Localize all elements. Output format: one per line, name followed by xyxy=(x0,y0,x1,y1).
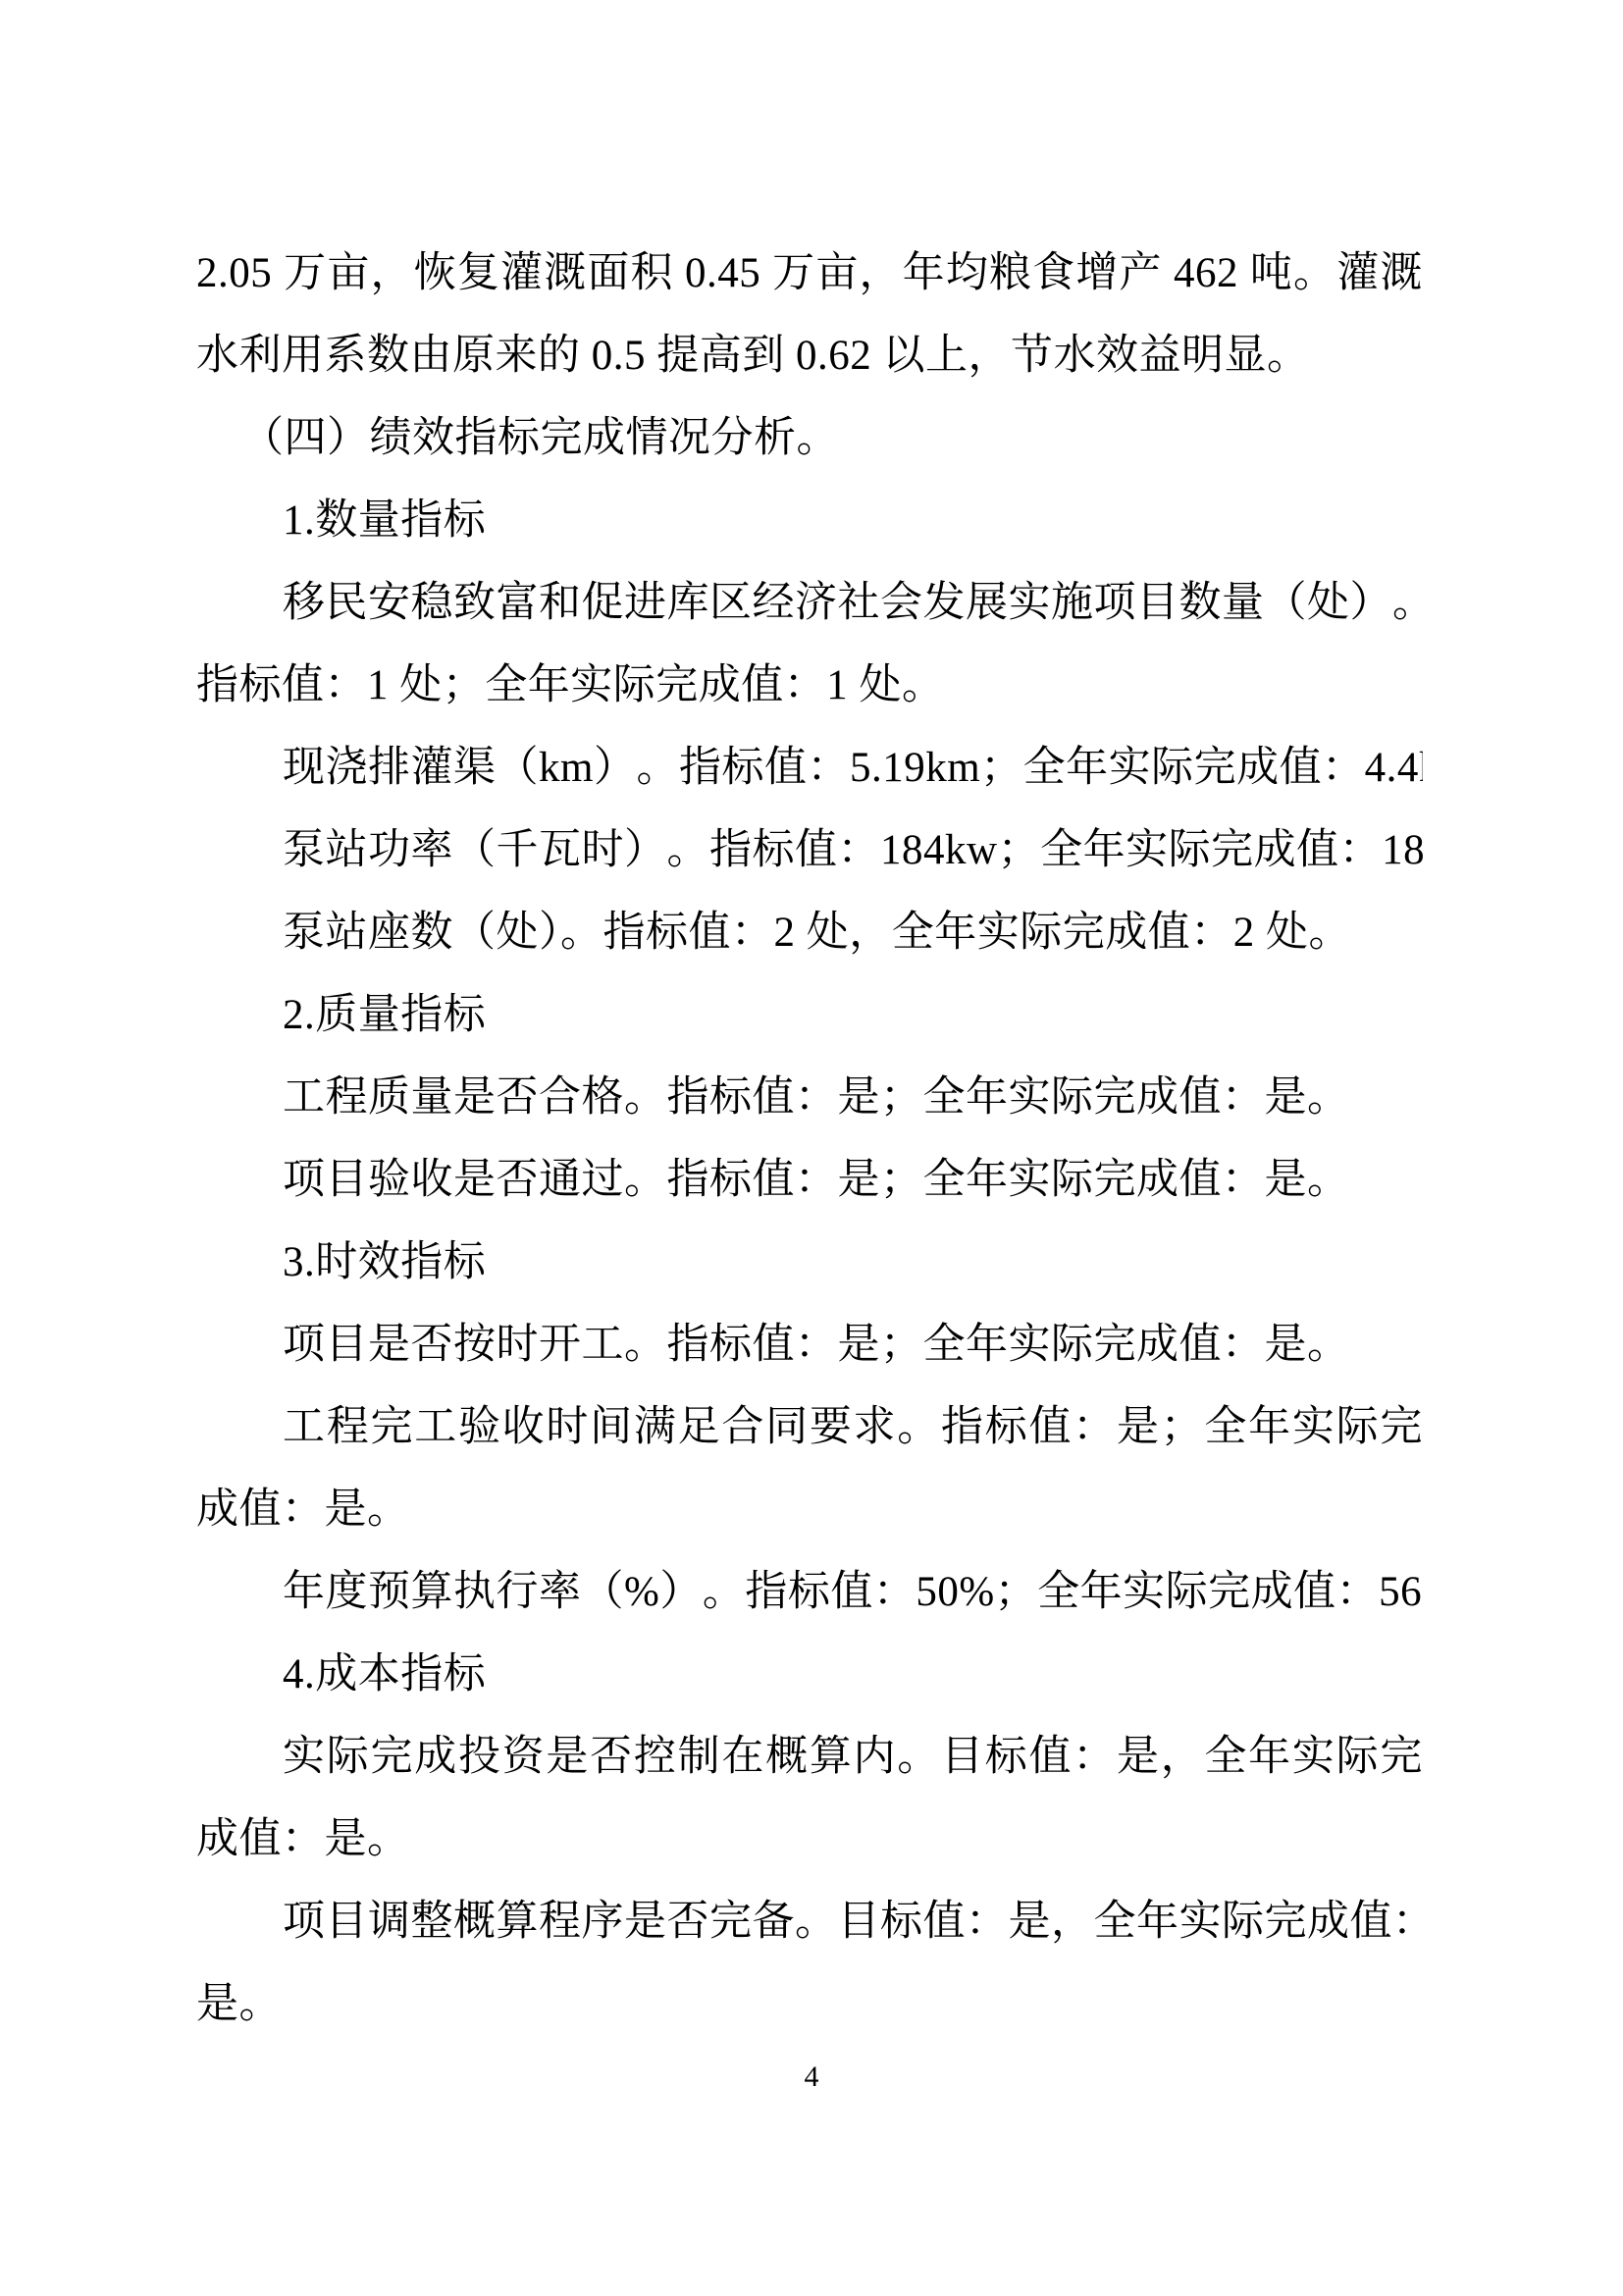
text-run: 面 xyxy=(587,233,630,315)
document-line: 泵站功率（千瓦时）。指标值：184kw；全年实际完成值：184kw。 xyxy=(196,809,1423,892)
text-run: 成 xyxy=(1251,1551,1294,1634)
document-line: 3.时效指标 xyxy=(196,1222,1423,1304)
text-run: 际 xyxy=(1336,1386,1380,1469)
text-run: ： xyxy=(1322,727,1365,809)
text-run: 率 xyxy=(539,1551,582,1634)
text-run: 完 xyxy=(1211,809,1254,892)
text-run: ： xyxy=(1073,1716,1116,1799)
text-run: 实 xyxy=(1123,1551,1166,1634)
text-run: 5.19km xyxy=(850,727,980,809)
text-run: ： xyxy=(838,809,881,892)
text-run: ： xyxy=(1392,1881,1423,1963)
document-line: 泵站座数（处）。指标值：2 处，全年实际完成值：2 处。 xyxy=(196,892,1423,974)
text-run: 成 xyxy=(1307,1881,1350,1963)
page-number: 4 xyxy=(0,2056,1623,2099)
document-line: 工程质量是否合格。指标值：是；全年实际完成值：是。 xyxy=(196,1057,1423,1139)
text-run: 项 xyxy=(283,1881,326,1963)
document-line: 是。 xyxy=(196,1963,1423,2046)
document-line: 年度预算执行率（%）。指标值：50%；全年实际完成值：56%。 xyxy=(196,1551,1423,1634)
document-line: 水利用系数由原来的 0.5 提高到 0.62 以上，节水效益明显。 xyxy=(196,315,1423,397)
text-run: 目 xyxy=(941,1716,984,1799)
text-run: 标 xyxy=(721,727,764,809)
text-run: ； xyxy=(1161,1386,1204,1469)
text-run: 资 xyxy=(502,1716,546,1799)
document-line: 项目验收是否通过。指标值：是；全年实际完成值：是。 xyxy=(196,1139,1423,1222)
text-run: ： xyxy=(1336,1551,1380,1634)
text-run: 际 xyxy=(1166,1551,1209,1634)
text-run: 是 xyxy=(1009,1881,1052,1963)
text-run: 食 xyxy=(1032,233,1075,315)
text-run: 际 xyxy=(1151,727,1194,809)
text-run: 区 xyxy=(709,562,753,645)
text-run: 灌 xyxy=(1336,233,1380,315)
text-run: （ xyxy=(453,809,497,892)
text-run: 完 xyxy=(1194,727,1237,809)
text-run: 积 xyxy=(631,233,674,315)
text-run: 际 xyxy=(327,1716,370,1799)
text-run: 值 xyxy=(1296,809,1339,892)
text-run: ： xyxy=(807,727,850,809)
text-run: 。 xyxy=(636,727,679,809)
text-run: 指 xyxy=(709,809,753,892)
text-run: 调 xyxy=(368,1881,411,1963)
text-run: ） xyxy=(659,1551,703,1634)
document-line: 成值：是。 xyxy=(196,1469,1423,1551)
text-run: 济 xyxy=(795,562,838,645)
text-run: 实 xyxy=(1292,1386,1335,1469)
text-run: ； xyxy=(998,809,1041,892)
text-run: 否 xyxy=(590,1716,633,1799)
text-run: 。 xyxy=(703,1551,746,1634)
document-line: 4.成本指标 xyxy=(196,1634,1423,1716)
text-run: 50% xyxy=(916,1551,994,1634)
text-run: ） xyxy=(594,727,637,809)
text-run: ， xyxy=(1051,1881,1094,1963)
text-run: 际 xyxy=(1336,1716,1380,1799)
text-run: 成 xyxy=(414,1716,457,1799)
document-line: 项目是否按时开工。指标值：是；全年实际完成值：是。 xyxy=(196,1304,1423,1386)
text-run: 同 xyxy=(765,1386,809,1469)
text-run: 发 xyxy=(923,562,967,645)
text-run: ： xyxy=(966,1881,1009,1963)
text-run: 目 xyxy=(1136,562,1179,645)
text-run: 462 xyxy=(1163,233,1250,315)
text-run: 备 xyxy=(753,1881,796,1963)
text-run: 算 xyxy=(810,1716,853,1799)
text-run: 0.45 xyxy=(674,233,772,315)
text-run: 成 xyxy=(1254,809,1297,892)
text-run: 是 xyxy=(1117,1386,1160,1469)
text-run: 实 xyxy=(1126,809,1169,892)
text-run: 际 xyxy=(1169,809,1212,892)
text-run: 实 xyxy=(1179,1881,1223,1963)
text-run: 全 xyxy=(1040,809,1083,892)
text-run: 序 xyxy=(582,1881,625,1963)
text-run: 184kw xyxy=(1382,809,1423,892)
text-run: 算 xyxy=(497,1881,540,1963)
text-run: 目 xyxy=(838,1881,881,1963)
document-line: 项目调整概算程序是否完备。目标值：是，全年实际完成值： xyxy=(196,1881,1423,1963)
text-run: 在 xyxy=(721,1716,764,1799)
text-run: 值 xyxy=(764,727,808,809)
text-run: 。 xyxy=(1293,233,1336,315)
text-run: 标 xyxy=(880,1881,923,1963)
text-run: 整 xyxy=(411,1881,454,1963)
text-run: 项 xyxy=(1094,562,1137,645)
text-run: 站 xyxy=(326,809,369,892)
text-run: 富 xyxy=(497,562,540,645)
text-run: 。 xyxy=(897,1716,940,1799)
text-run: 完 xyxy=(1380,1386,1423,1469)
document-line: 指标值：1 处；全年实际完成值：1 处。 xyxy=(196,645,1423,727)
text-run: 民 xyxy=(326,562,369,645)
document-line: （四）绩效指标完成情况分析。 xyxy=(196,397,1423,480)
text-run: 亩 xyxy=(815,233,859,315)
text-run: 实 xyxy=(283,1716,326,1799)
text-run: 年 xyxy=(1136,1881,1179,1963)
text-run: 间 xyxy=(590,1386,633,1469)
text-run: 度 xyxy=(326,1551,369,1634)
text-run: 促 xyxy=(582,562,625,645)
text-run: ： xyxy=(1339,809,1383,892)
text-run: 184kw xyxy=(880,809,998,892)
text-run: 内 xyxy=(854,1716,897,1799)
text-run: 万 xyxy=(772,233,815,315)
text-run: 全 xyxy=(1204,1386,1247,1469)
text-run: ： xyxy=(1073,1386,1116,1469)
text-run: 粮 xyxy=(989,233,1032,315)
text-run: 是 xyxy=(1117,1716,1160,1799)
text-run: 移 xyxy=(283,562,326,645)
text-run: 执 xyxy=(453,1551,497,1634)
text-run: 社 xyxy=(838,562,881,645)
document-line: 2.质量指标 xyxy=(196,974,1423,1057)
text-run: 指 xyxy=(745,1551,788,1634)
document-line: 成值：是。 xyxy=(196,1799,1423,1881)
text-run: 值 xyxy=(830,1551,873,1634)
text-run: 值 xyxy=(1028,1716,1072,1799)
document-line: 实际完成投资是否控制在概算内。目标值：是，全年实际完 xyxy=(196,1716,1423,1799)
text-run: 标 xyxy=(985,1716,1028,1799)
text-run: 均 xyxy=(946,233,989,315)
text-run: ； xyxy=(980,727,1023,809)
text-run: 浇 xyxy=(326,727,369,809)
text-run: % xyxy=(624,1551,659,1634)
text-run: 亩 xyxy=(327,233,370,315)
text-run: 年 xyxy=(1248,1386,1291,1469)
text-run: 完 xyxy=(1265,1881,1308,1963)
text-run: 完 xyxy=(370,1716,413,1799)
text-run: （ xyxy=(1265,562,1308,645)
text-run: 全 xyxy=(1037,1551,1080,1634)
text-run: 时 xyxy=(546,1386,589,1469)
text-run: 全 xyxy=(1204,1716,1247,1799)
text-run: 否 xyxy=(667,1881,710,1963)
text-run: 。 xyxy=(1392,562,1423,645)
text-run: 值 xyxy=(1280,727,1323,809)
text-run: 收 xyxy=(502,1386,546,1469)
text-run: 全 xyxy=(1094,1881,1137,1963)
text-run: ； xyxy=(995,1551,1038,1634)
text-run: 标 xyxy=(753,809,796,892)
text-run: 工 xyxy=(283,1386,326,1469)
text-run: 率 xyxy=(411,809,454,892)
text-run: 程 xyxy=(327,1386,370,1469)
text-run: 泵 xyxy=(283,809,326,892)
text-run: 展 xyxy=(966,562,1009,645)
text-run: 概 xyxy=(453,1881,497,1963)
text-run: 值 xyxy=(1028,1386,1072,1469)
text-run: ） xyxy=(1350,562,1393,645)
text-run: 恢 xyxy=(414,233,457,315)
text-run: 渠 xyxy=(453,727,497,809)
text-run: 概 xyxy=(765,1716,809,1799)
text-run: 值 xyxy=(1293,1551,1336,1634)
text-run: 完 xyxy=(1380,1716,1423,1799)
text-run: 施 xyxy=(1051,562,1094,645)
text-run: 。 xyxy=(795,1881,838,1963)
text-run: 功 xyxy=(368,809,411,892)
text-run: 瓦 xyxy=(539,809,582,892)
text-run: 年 xyxy=(1080,1551,1124,1634)
text-run: 足 xyxy=(678,1386,721,1469)
text-run: 处 xyxy=(1307,562,1350,645)
text-run: 2.05 xyxy=(196,233,284,315)
text-run: 年 xyxy=(1066,727,1109,809)
document-line: 现浇排灌渠（km）。指标值：5.19km；全年实际完成值：4.4km。 xyxy=(196,727,1423,809)
text-run: 万 xyxy=(284,233,327,315)
text-run: 量 xyxy=(1222,562,1265,645)
text-run: 致 xyxy=(453,562,497,645)
text-run: 制 xyxy=(678,1716,721,1799)
text-run: 年 xyxy=(1083,809,1126,892)
text-run: 复 xyxy=(457,233,500,315)
text-run: 溉 xyxy=(544,233,587,315)
text-run: 是 xyxy=(624,1881,667,1963)
text-run: 千 xyxy=(497,809,540,892)
text-run: 增 xyxy=(1075,233,1119,315)
text-run: 进 xyxy=(624,562,667,645)
text-run: 会 xyxy=(880,562,923,645)
document-page: 2.05 万亩，恢复灌溉面积 0.45 万亩，年均粮食增产 462 吨。灌溉水利… xyxy=(0,0,1623,2296)
text-run: 产 xyxy=(1120,233,1163,315)
text-run: 年 xyxy=(1248,1716,1291,1799)
text-run: 现 xyxy=(283,727,326,809)
text-run: 投 xyxy=(458,1716,501,1799)
text-run: 值 xyxy=(795,809,838,892)
text-run: 实 xyxy=(1292,1716,1335,1799)
text-run: 灌 xyxy=(500,233,544,315)
text-run: 和 xyxy=(539,562,582,645)
text-run: ： xyxy=(873,1551,916,1634)
text-run: 排 xyxy=(368,727,411,809)
text-run: ， xyxy=(859,233,902,315)
document-line: 移民安稳致富和促进库区经济社会发展实施项目数量（处）。 xyxy=(196,562,1423,645)
text-run: 实 xyxy=(1109,727,1152,809)
text-run: 完 xyxy=(370,1386,413,1469)
text-run: 控 xyxy=(634,1716,677,1799)
text-run: 灌 xyxy=(411,727,454,809)
text-run: 求 xyxy=(854,1386,897,1469)
text-run: 吨 xyxy=(1250,233,1293,315)
text-run: 稳 xyxy=(411,562,454,645)
text-run: 验 xyxy=(458,1386,501,1469)
text-run: 要 xyxy=(810,1386,853,1469)
document-line: 2.05 万亩，恢复灌溉面积 0.45 万亩，年均粮食增产 462 吨。灌溉 xyxy=(196,233,1423,315)
text-run: 指 xyxy=(941,1386,984,1469)
text-run: 溉 xyxy=(1380,233,1423,315)
text-run: 是 xyxy=(546,1716,589,1799)
text-run: 年 xyxy=(283,1551,326,1634)
text-run: 库 xyxy=(667,562,710,645)
text-run: 标 xyxy=(788,1551,831,1634)
text-run: 行 xyxy=(497,1551,540,1634)
text-run: 安 xyxy=(368,562,411,645)
text-run: 值 xyxy=(923,1881,967,1963)
text-run: （ xyxy=(582,1551,625,1634)
text-run: 值 xyxy=(1350,1881,1393,1963)
text-run: ， xyxy=(371,233,414,315)
text-run: 全 xyxy=(1023,727,1067,809)
text-run: 时 xyxy=(582,809,625,892)
document-line: 工程完工验收时间满足合同要求。指标值：是；全年实际完 xyxy=(196,1386,1423,1469)
text-run: km xyxy=(539,727,594,809)
text-run: ， xyxy=(1161,1716,1204,1799)
text-run: 。 xyxy=(897,1386,940,1469)
text-run: 4.4km xyxy=(1365,727,1423,809)
text-run: 实 xyxy=(1009,562,1052,645)
text-run: 。 xyxy=(667,809,710,892)
text-run: 满 xyxy=(634,1386,677,1469)
text-run: 完 xyxy=(1208,1551,1251,1634)
text-run: 数 xyxy=(1179,562,1223,645)
document-line: 1.数量指标 xyxy=(196,480,1423,562)
text-run: ） xyxy=(624,809,667,892)
text-run: 成 xyxy=(1236,727,1280,809)
text-run: 经 xyxy=(753,562,796,645)
text-run: 标 xyxy=(985,1386,1028,1469)
text-run: 程 xyxy=(539,1881,582,1963)
text-run: 年 xyxy=(903,233,946,315)
text-block: 2.05 万亩，恢复灌溉面积 0.45 万亩，年均粮食增产 462 吨。灌溉水利… xyxy=(196,233,1423,2046)
text-run: 际 xyxy=(1222,1881,1265,1963)
text-run: 工 xyxy=(414,1386,457,1469)
text-run: 56% xyxy=(1379,1551,1423,1634)
text-run: 指 xyxy=(679,727,722,809)
text-run: 目 xyxy=(326,1881,369,1963)
text-run: （ xyxy=(497,727,540,809)
text-run: 合 xyxy=(721,1386,764,1469)
text-run: 预 xyxy=(368,1551,411,1634)
text-run: 算 xyxy=(411,1551,454,1634)
text-run: 完 xyxy=(709,1881,753,1963)
